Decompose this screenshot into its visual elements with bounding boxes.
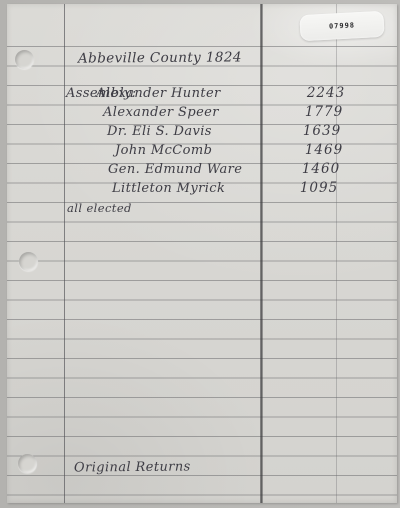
candidate-name: Dr. Eli S. Davis [107, 124, 212, 139]
archive-label-sticker: 07998 [299, 11, 384, 41]
left-margin-line [64, 4, 65, 503]
scanned-document: 07998 Abbeville County 1824 Assembly: Al… [0, 0, 400, 508]
notebook-paper: 07998 Abbeville County 1824 Assembly: Al… [7, 4, 397, 503]
candidate-votes: 1469 [300, 142, 348, 158]
right-faint-line [336, 4, 337, 503]
returns-label: Original Returns [74, 459, 191, 475]
punch-hole-middle [19, 252, 38, 271]
candidate-name: Alexander Speer [103, 105, 219, 120]
candidate-votes: 1460 [297, 161, 345, 177]
candidate-name: Gen. Edmund Ware [108, 162, 242, 177]
candidate-name: Littleton Myrick [112, 181, 225, 196]
archive-number: 07998 [329, 21, 355, 30]
candidate-name: Alexander Hunter [96, 86, 221, 101]
punch-hole-bottom [18, 454, 37, 473]
punch-hole-top [15, 50, 34, 69]
elected-note: all elected [67, 201, 132, 215]
candidate-votes: 1639 [298, 123, 346, 139]
candidate-votes: 1095 [295, 180, 343, 196]
page-title: Abbeville County 1824 [78, 49, 242, 66]
center-divider-line [260, 4, 263, 503]
candidate-votes: 1779 [300, 104, 348, 120]
candidate-votes: 2243 [302, 85, 350, 101]
candidate-name: John McComb [115, 143, 212, 158]
